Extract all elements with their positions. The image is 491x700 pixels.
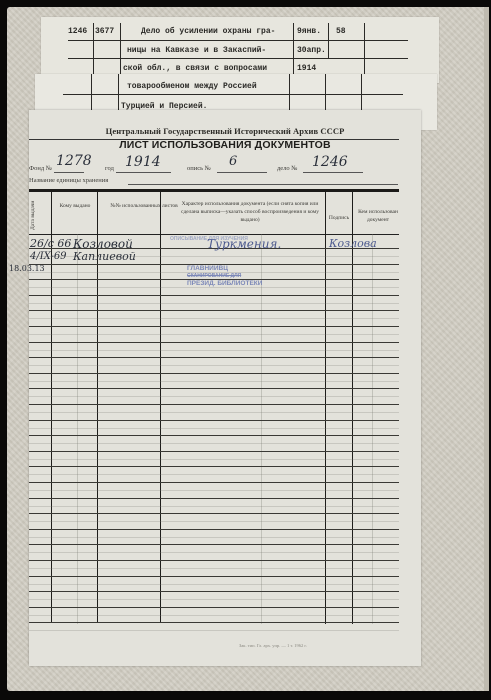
- col-signature-header: Подпись: [326, 214, 352, 222]
- table-row-line: [29, 560, 399, 561]
- table-row-subline: [29, 568, 399, 569]
- slip-title-line: Дело об усилении охраны гра-: [141, 27, 275, 36]
- table-row-line: [29, 544, 399, 545]
- sheet-number: 3677: [95, 27, 114, 36]
- table-row-subline: [29, 537, 399, 538]
- col-date-header: Дата выдачи: [29, 200, 49, 230]
- delo-label: дело №: [277, 165, 298, 172]
- table-row-subline: [29, 334, 399, 335]
- table-row-line: [29, 404, 399, 405]
- stamp-line: ПРЕЗИД. БИБЛИОТЕКИ: [187, 280, 262, 287]
- table-row-subline: [29, 630, 399, 631]
- delo-value: 1246: [312, 154, 348, 170]
- table-row-line: [29, 388, 399, 389]
- entry-date: 4/IX-69: [30, 251, 67, 262]
- table-row-subline: [29, 490, 399, 491]
- table-row-line: [29, 622, 399, 623]
- table-row-subline: [29, 584, 399, 585]
- table-row-line: [29, 326, 399, 327]
- print-imprint: Зак. тип. Гл. арх. упр. — 1 т. 1962 г.: [239, 643, 307, 648]
- item-number: 1246: [68, 27, 87, 36]
- table-row-line: [29, 607, 399, 608]
- table-row-subline: [29, 381, 399, 382]
- table-row-subline: [29, 615, 399, 616]
- usage-sheet: Центральный Государственный Исторический…: [29, 110, 421, 666]
- entry-date: 26/с 66: [30, 237, 71, 250]
- table-row-subline: [29, 303, 399, 304]
- slip-pages: 58: [336, 27, 346, 36]
- fond-label: Фонд №: [29, 165, 52, 172]
- table-row-line: [29, 498, 399, 499]
- entry-signature: Козлова: [329, 237, 377, 250]
- table-row-line: [29, 513, 399, 514]
- table-row-line: [29, 451, 399, 452]
- entry-date: 18.03.13: [9, 264, 45, 273]
- slip-date: 9янв.: [297, 27, 321, 36]
- table-row-line: [29, 591, 399, 592]
- slip-date: 30апр.: [297, 46, 326, 55]
- table-row-line: [29, 310, 399, 311]
- table-row-line: [29, 529, 399, 530]
- table-row-line: [29, 482, 399, 483]
- slip-title-line: ницы на Кавказе и в Закаспий-: [127, 46, 266, 55]
- entry-issued-to: Козловой: [73, 237, 133, 251]
- table-row-subline: [29, 474, 399, 475]
- opis-label: опись №: [187, 165, 211, 172]
- table-row-subline: [29, 318, 399, 319]
- unit-name-label: Название единицы хранения: [29, 177, 108, 184]
- table-row-subline: [29, 443, 399, 444]
- table-row-subline: [29, 287, 399, 288]
- table-row-line: [29, 420, 399, 421]
- archive-name: Центральный Государственный Исторический…: [29, 126, 421, 136]
- opis-value: 6: [229, 154, 237, 169]
- table-row-line: [29, 373, 399, 374]
- folder-edge: [484, 7, 489, 691]
- fond-value: 1278: [56, 153, 92, 169]
- stamp-line: СКАНИРОВАНИЕ ДЛЯ: [187, 273, 241, 279]
- col-issued-to-header: Кому выдано: [53, 202, 97, 210]
- table-row-line: [29, 466, 399, 467]
- table-row-subline: [29, 396, 399, 397]
- table-row-line: [29, 435, 399, 436]
- table-row-line: [29, 295, 399, 296]
- stamp-line: ГЛАВНИИВЦ: [187, 265, 228, 272]
- table-row-line: [29, 357, 399, 358]
- table-row-line: [29, 342, 399, 343]
- table-row-subline: [29, 365, 399, 366]
- table-row-subline: [29, 521, 399, 522]
- col-usage-header: Характер использования документа (если с…: [175, 200, 325, 224]
- year-value: 1914: [125, 154, 161, 170]
- table-row-subline: [29, 459, 399, 460]
- table-row-subline: [29, 428, 399, 429]
- year-label: год: [105, 165, 114, 172]
- table-row-line: [29, 576, 399, 577]
- slip-title-line: ской обл., в связи с вопросами: [123, 64, 267, 73]
- table-row-subline: [29, 350, 399, 351]
- col-used-by-header: Кем использован документ: [354, 208, 402, 224]
- stamp-top: ОПИСЫВАНИЕ ДЛЯ ИЗУЧЕНИЯ: [170, 236, 248, 242]
- table-row-subline: [29, 506, 399, 507]
- sheet-title: ЛИСТ ИСПОЛЬЗОВАНИЯ ДОКУМЕНТОВ: [29, 139, 421, 151]
- slip-date: 1914: [297, 64, 316, 73]
- slip-title-line: товарообменом между Россией: [127, 82, 257, 91]
- table-row-subline: [29, 412, 399, 413]
- table-row-subline: [29, 552, 399, 553]
- table-row-subline: [29, 599, 399, 600]
- entry-issued-to: Каплиевой: [73, 250, 136, 263]
